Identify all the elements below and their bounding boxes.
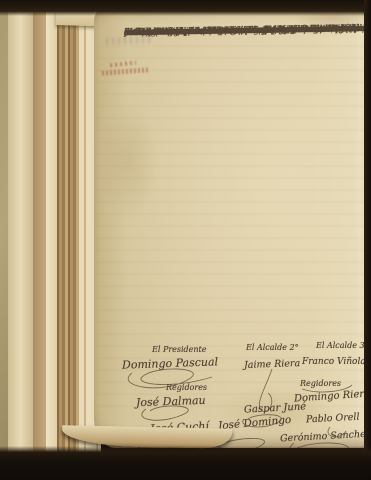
signature-title-alcalde2: El Alcalde 2° <box>246 343 299 352</box>
scanned-manuscript-photo: el Alcalde 1° D. Domingo Pascual siendo … <box>0 0 371 480</box>
label-regidores-right: Regidores <box>300 379 341 388</box>
scan-background-right <box>364 0 371 480</box>
signature-regidor: José Dalmau <box>136 394 206 409</box>
signature-alcalde3: Franco Viñolas <box>302 357 367 367</box>
label-regidores-left: Regidores <box>166 383 207 392</box>
scan-background-bottom <box>0 446 371 480</box>
signature-title-president: El Presidente <box>152 345 207 354</box>
scan-background-top <box>0 0 371 16</box>
signature-alcalde2: Jaime Riera <box>244 358 301 371</box>
signature-regidor: Pablo Orell <box>306 412 360 426</box>
manuscript-page: el Alcalde 1° D. Domingo Pascual siendo … <box>94 7 367 448</box>
paper-edge-stack <box>8 4 36 474</box>
binding-striations <box>57 0 81 478</box>
manuscript-body-text: el Alcalde 1° D. Domingo Pascual siendo … <box>124 23 364 27</box>
signature-title-alcalde3: El Alcalde 3° <box>316 341 367 350</box>
paper-stain <box>98 102 158 222</box>
